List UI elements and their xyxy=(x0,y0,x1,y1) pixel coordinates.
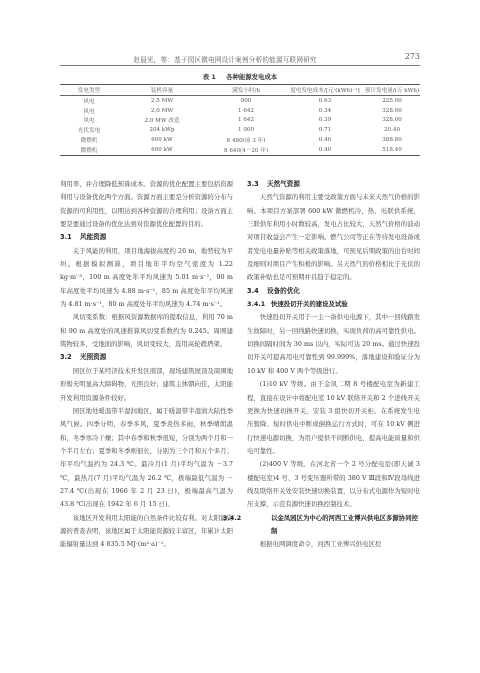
cell-hours: 1 000 xyxy=(206,125,286,135)
cell-hours: 6 480(前 3 年) xyxy=(206,135,286,145)
cell-output: 328.00 xyxy=(364,116,420,126)
cell-cost: 0.71 xyxy=(286,125,364,135)
cell-type: 微燃机 xyxy=(60,145,118,155)
running-head-title: 赵晨光，等：基于园区微电网设计案例分析的能源互联网研究 xyxy=(60,54,390,64)
table-row: 风电 2.5 MW 900 0.63 225.00 xyxy=(60,96,420,106)
table-row: 光伏发电 204 kWp 1 000 0.71 20.40 xyxy=(60,125,420,135)
section-title: 天然气资源 xyxy=(267,180,300,188)
section-3-1-heading: 3.1风能资源 xyxy=(60,231,233,244)
cell-capacity: 2.0 MW 改造 xyxy=(118,116,206,126)
intro-paragraph: 利用率，并合理降低预算成本。资源的优化配置主要包括资源利用与设备优化两个方面。资… xyxy=(60,178,233,231)
cell-output: 20.40 xyxy=(364,125,420,135)
generation-cost-table: 发电类型 装机容量 满发小时/h 度电发电成本/[元·(kWh)⁻¹] 预计发电… xyxy=(60,84,420,156)
cell-type: 光伏发电 xyxy=(60,125,118,135)
cell-hours: 1 642 xyxy=(206,106,286,116)
section-number: 3.4.2 xyxy=(247,512,271,525)
paragraph: 天然气资源的利用主要受政策方面与未来天然气价格的影响。本项目方案部署 600 k… xyxy=(247,191,420,284)
section-number: 3.2 xyxy=(60,351,80,364)
section-3-4-2-heading: 3.4.2以金凤园区为中心的河西工业博兴供电区多源协同控制 xyxy=(247,512,420,539)
table-row: 风电 2.0 MW 改造 1 642 0.39 328.00 xyxy=(60,116,420,126)
section-3-3-heading: 3.3天然气资源 xyxy=(247,178,420,191)
section-number: 3.4 xyxy=(247,285,267,298)
cell-output: 225.00 xyxy=(364,96,420,106)
cell-capacity: 204 kWp xyxy=(118,125,206,135)
table-row: 风电 2.0 MW 1 642 0.34 328.00 xyxy=(60,106,420,116)
cell-output: 328.00 xyxy=(364,106,420,116)
section-3-2-heading: 3.2光照资源 xyxy=(60,351,233,364)
cell-cost: 0.39 xyxy=(286,116,364,126)
left-column: 利用率，并合理降低预算成本。资源的优化配置主要包括资源利用与设备优化两个方面。资… xyxy=(60,178,233,552)
table-label: 表 1 xyxy=(203,73,216,81)
cell-capacity: 2.0 MW xyxy=(118,106,206,116)
header-expected-output: 预计发电量/(万 kWh) xyxy=(364,85,420,96)
right-column: 3.3天然气资源 天然气资源的利用主要受政策方面与未来天然气价格的影响。本项目方… xyxy=(247,178,420,552)
header-rule xyxy=(60,65,420,66)
cell-cost: 0.34 xyxy=(286,106,364,116)
cell-hours: 900 xyxy=(206,96,286,106)
table-caption: 表 1 各种能源发电成本 xyxy=(60,72,420,81)
cell-output: 518.40 xyxy=(364,145,420,155)
paragraph: 园区地处暖温带半湿润地区，属于暖温带半湿润大陆性季风气候。四季分明，春季多风，夏… xyxy=(60,405,233,512)
section-3-4-heading: 3.4设备的优化 xyxy=(247,285,420,298)
paragraph: 风切变系数：根据风资源数据库的提取信息，利用 70 m 和 90 m 高度处的风… xyxy=(60,311,233,351)
table-row: 微燃机 600 kW 8 640(4－20 年) 0.40 518.40 xyxy=(60,145,420,155)
section-title: 以金凤园区为中心的河西工业博兴供电区多源协同控制 xyxy=(271,514,418,535)
section-title: 风能资源 xyxy=(80,233,106,241)
section-number: 3.3 xyxy=(247,178,267,191)
cell-type: 风电 xyxy=(60,106,118,116)
cell-capacity: 2.5 MW xyxy=(118,96,206,106)
cell-output: 388.80 xyxy=(364,135,420,145)
paragraph: (2)400 V 等级。在河北省一个 2 号分配电室(即天诚 3 楼配电室)4 … xyxy=(247,458,420,511)
section-number: 3.4.1 xyxy=(247,298,271,311)
paragraph: (1)10 kV 等级。由于金凤二期 8 号楼配电室为新建工程，直接在设计中将配… xyxy=(247,378,420,458)
table-row: 微燃机 600 kW 6 480(前 3 年) 0.40 388.80 xyxy=(60,135,420,145)
cell-capacity: 600 kW xyxy=(118,145,206,155)
running-head: 赵晨光，等：基于园区微电网设计案例分析的能源互联网研究 273 xyxy=(60,51,420,65)
cell-cost: 0.40 xyxy=(286,135,364,145)
cell-hours: 8 640(4－20 年) xyxy=(206,145,286,155)
cell-type: 风电 xyxy=(60,96,118,106)
cell-capacity: 600 kW xyxy=(118,135,206,145)
section-number: 3.1 xyxy=(60,231,80,244)
page-number: 273 xyxy=(405,52,420,61)
header-capacity: 装机容量 xyxy=(118,85,206,96)
cell-cost: 0.63 xyxy=(286,96,364,106)
cell-type: 风电 xyxy=(60,116,118,126)
section-3-4-1-heading: 3.4.1快速投切开关的建设及试验 xyxy=(247,298,420,311)
table-title: 各种能源发电成本 xyxy=(226,73,277,81)
cell-cost: 0.40 xyxy=(286,145,364,155)
paragraph: 根据电网调度命令，河西工业博兴供电区控 xyxy=(247,538,420,551)
paragraph: 关于风能的利用，项目地海拔高度约 26 m，地势较为平坦。根据模拟测算，项目地年… xyxy=(60,245,233,312)
table-header-row: 发电类型 装机容量 满发小时/h 度电发电成本/[元·(kWh)⁻¹] 预计发电… xyxy=(60,85,420,96)
paragraph: 快速投切开关用于一主一备供电电源下，其中一回线路发生故障时，另一回线路快速切换，… xyxy=(247,311,420,378)
paragraph: 园区位于某经济技术开发区南部，现场建筑屋顶及周围地形暂无明显高大障碍物，光照良好… xyxy=(60,365,233,405)
header-full-hours: 满发小时/h xyxy=(206,85,286,96)
cell-hours: 1 642 xyxy=(206,116,286,126)
section-title: 快速投切开关的建设及试验 xyxy=(271,300,348,308)
header-unit-cost: 度电发电成本/[元·(kWh)⁻¹] xyxy=(286,85,364,96)
section-title: 设备的优化 xyxy=(267,287,300,295)
paragraph: 该地区开发利用太阳能的自然条件比较有利。对太阳能资源的普查表明，该地区属于太阳能… xyxy=(60,512,233,552)
section-title: 光照资源 xyxy=(80,353,106,361)
cell-type: 微燃机 xyxy=(60,135,118,145)
header-type: 发电类型 xyxy=(60,85,118,96)
